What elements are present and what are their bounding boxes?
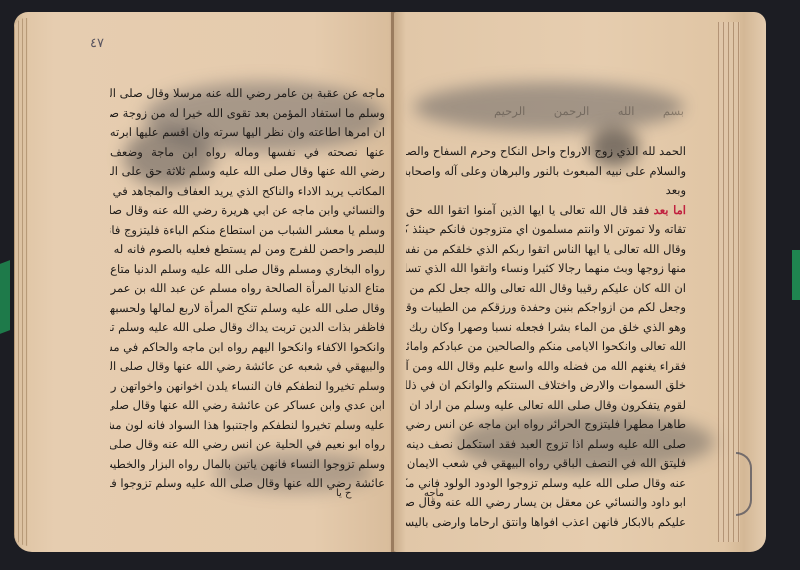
text-line: خلق السموات والارض واختلاف السنتكم والوا… xyxy=(406,376,686,396)
text-line: فقراء يغنهم الله من فضله والله واسع عليم… xyxy=(406,357,686,377)
text-line: عنه وقال صلى الله عليه وسلم تزوجوا الودو… xyxy=(406,474,686,494)
text-line: ان الله كان عليكم رقيبا وقال الله تعالى … xyxy=(406,279,686,299)
catchword: ماجه xyxy=(424,488,444,499)
catchword: ح يا xyxy=(336,488,351,499)
text-line: لقوم يتفكرون وقال صلى الله تعالى عليه وس… xyxy=(406,396,686,416)
open-manuscript: ٤٧ ماجه عن عقبة بن عامر رضي الله عنه مرس… xyxy=(8,12,792,552)
text-line: وسلم ما استفاد المؤمن بعد تقوى الله خيرا… xyxy=(110,104,385,124)
text-line: وسلم تخيروا لنطفكم فان النساء يلدن اخوان… xyxy=(110,377,385,397)
text-line: عليكم بالابكار فانهن اعذب افواها وانتق ا… xyxy=(406,513,686,533)
library-stamp-icon xyxy=(736,452,752,516)
background-green-object xyxy=(792,250,800,300)
text-line: ابن عدي وابن عساكر عن عائشة رضي الله عنه… xyxy=(110,396,385,416)
folio-number: ٤٧ xyxy=(90,36,104,51)
text-line: صلى الله عليه وسلم اذا تزوج العبد فقد اس… xyxy=(406,435,686,455)
text-line: رضي الله عنها وقال صلى الله عليه وسلم ثل… xyxy=(110,162,385,182)
text-line: عليه وسلم تخيروا لنطفكم واجتنبوا هذا الس… xyxy=(110,416,385,436)
photo-background: ٤٧ ماجه عن عقبة بن عامر رضي الله عنه مرس… xyxy=(0,0,800,570)
text-line: ابو داود والنسائي عن معقل بن يسار رضي ال… xyxy=(406,493,686,513)
text-line: والبيهقي في شعبه عن عائشة رضي الله عنها … xyxy=(110,357,385,377)
faded-header-text: بسم الله الرحمن الرحيم xyxy=(494,102,684,122)
text-line: رواه البخاري ومسلم وقال صلى الله عليه وس… xyxy=(110,260,385,280)
text-line: منها زوجها وبث منهما رجالا كثيرا ونساء و… xyxy=(406,259,686,279)
text-line: متاع الدنيا المرأة الصالحة رواه مسلم عن … xyxy=(110,279,385,299)
left-page: ٤٧ ماجه عن عقبة بن عامر رضي الله عنه مرس… xyxy=(14,12,394,552)
faded-header: بسم الله الرحمن الرحيم xyxy=(494,102,684,122)
text-line: ان امرها اطاعته وان نظر اليها سرته وان ا… xyxy=(110,123,385,143)
text-line: الله تعالى وانكحوا الايامى منكم والصالحي… xyxy=(406,337,686,357)
text-line: طاهرا مطهرا فليتزوج الحرائر رواه ابن ماج… xyxy=(406,415,686,435)
text-line: الحمد لله الذي زوج الارواح واحل النكاح و… xyxy=(406,142,686,162)
text-line: فليتق الله في النصف الباقي رواه البيهقي … xyxy=(406,454,686,474)
text-line: وهو الذي خلق من الماء بشرا فجعله نسبا وص… xyxy=(406,318,686,338)
text-line: وبعد xyxy=(406,181,686,201)
right-page-text: الحمد لله الذي زوج الارواح واحل النكاح و… xyxy=(406,142,686,532)
text-line: تقاته ولا تموتن الا وانتم مسلمون اي متزو… xyxy=(406,220,686,240)
text-line: وسلم تزوجوا النساء فانهن ياتين بالمال رو… xyxy=(110,455,385,475)
text-line: ماجه عن عقبة بن عامر رضي الله عنه مرسلا … xyxy=(110,84,385,104)
text-line-body: فقد قال الله تعالى يا ايها الذين آمنوا ا… xyxy=(406,203,649,217)
text-line-with-rubric: اما بعد فقد قال الله تعالى يا ايها الذين… xyxy=(406,201,686,221)
text-line: رواه ابو نعيم في الحلية عن انس رضي الله … xyxy=(110,435,385,455)
text-line: فاظفر بذات الدين تربت يداك وقال صلى الله… xyxy=(110,318,385,338)
left-page-text: ماجه عن عقبة بن عامر رضي الله عنه مرسلا … xyxy=(110,84,385,494)
right-page: بسم الله الرحمن الرحيم الحمد لله الذي زو… xyxy=(394,12,766,552)
text-line: المكاتب يريد الاداء والناكح الذي يريد ال… xyxy=(110,182,385,202)
text-line: وقال الله تعالى يا ايها الناس اتقوا ربكم… xyxy=(406,240,686,260)
text-line: عنها نصحته في نفسها وماله رواه ابن ماجة … xyxy=(110,143,385,163)
left-page-edges xyxy=(14,18,28,546)
text-line: وانكحوا الاكفاء وانكحوا اليهم رواه ابن م… xyxy=(110,338,385,358)
text-line: وسلم يا معشر الشباب من استطاع منكم الباء… xyxy=(110,221,385,241)
text-line: وقال صلى الله عليه وسلم تنكح المرأة لارب… xyxy=(110,299,385,319)
rubric-heading: اما بعد xyxy=(654,203,686,217)
text-line: وجعل لكم من ازواجكم بنين وحفدة ورزقكم من… xyxy=(406,298,686,318)
text-line: والنسائي وابن ماجه عن ابي هريرة رضي الله… xyxy=(110,201,385,221)
text-line: للبصر واحصن للفرج ومن لم يستطع فعليه بال… xyxy=(110,240,385,260)
text-line: والسلام على نبيه المبعوث بالنور والبرهان… xyxy=(406,162,686,182)
